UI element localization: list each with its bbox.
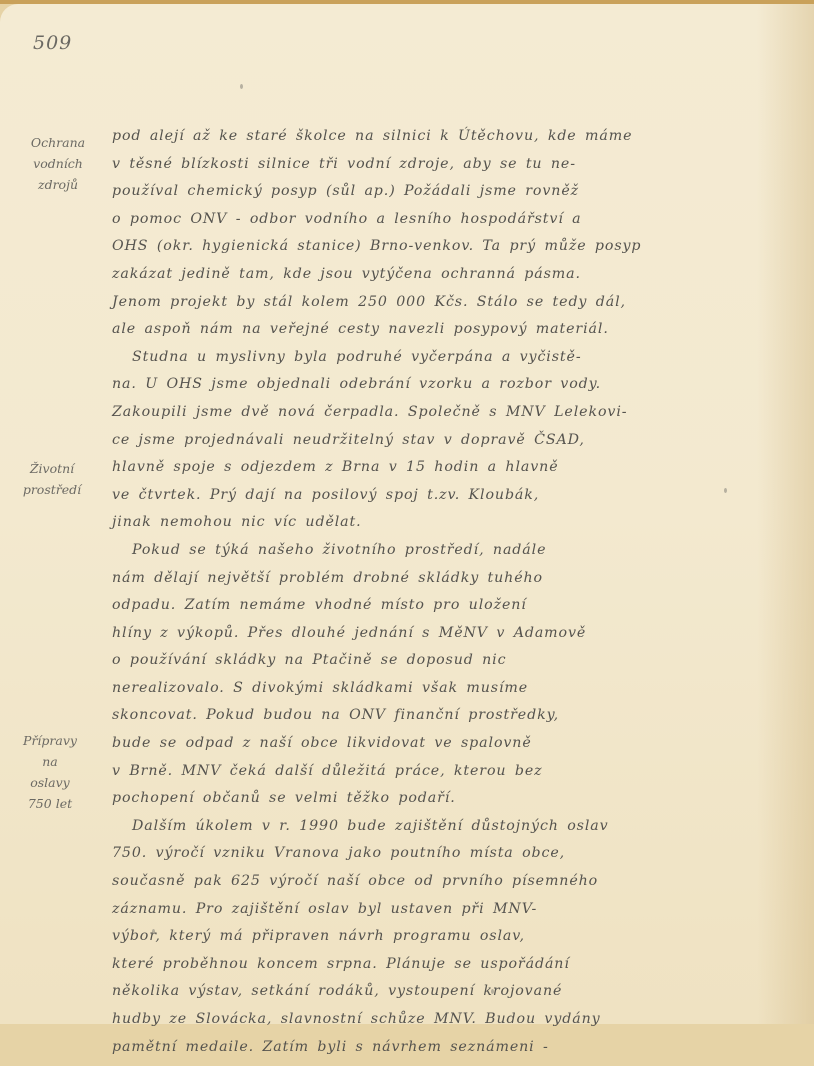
text-line: zakázat jedině tam, kde jsou vytýčena oc…: [112, 266, 712, 294]
margin-note-ochrana-vodnich-zdroju: Ochrana vodních zdrojů: [14, 132, 102, 195]
text-line: nerealizovalo. S divokými skládkami však…: [112, 680, 712, 708]
text-line: hlavně spoje s odjezdem z Brna v 15 hodi…: [112, 459, 712, 487]
text-line: Pokud se týká našeho životního prostředí…: [112, 542, 712, 570]
text-line: výbor, který má připraven návrh programu…: [112, 928, 712, 956]
text-line: pochopení občanů se velmi těžko podaří.: [112, 790, 712, 818]
page-number: 509: [33, 32, 72, 54]
text-line: o používání skládky na Ptačině se doposu…: [112, 652, 712, 680]
margin-note-line: na: [6, 751, 94, 772]
text-line: ce jsme projednávali neudržitelný stav v…: [112, 432, 712, 460]
margin-note-line: zdrojů: [14, 174, 102, 195]
handwritten-chronicle-page: 509 Ochrana vodních zdrojů Životní prost…: [0, 4, 814, 1024]
text-line: hlíny z výkopů. Přes dlouhé jednání s Mě…: [112, 625, 712, 653]
paper-speck: [240, 84, 243, 89]
text-line: bude se odpad z naší obce likvidovat ve …: [112, 735, 712, 763]
margin-note-line: oslavy: [6, 772, 94, 793]
text-line: současně pak 625 výročí naší obce od prv…: [112, 873, 712, 901]
margin-note-line: prostředí: [8, 479, 96, 500]
text-line: jinak nemohou nic víc udělat.: [112, 514, 712, 542]
paper-speck: [152, 929, 155, 934]
text-line: Studna u myslivny byla podruhé vyčerpána…: [112, 349, 712, 377]
margin-note-pripravy-oslav: Přípravy na oslavy 750 let: [6, 730, 94, 814]
text-line: ale aspoň nám na veřejné cesty navezli p…: [112, 321, 712, 349]
text-line: skoncovat. Pokud budou na ONV finanční p…: [112, 707, 712, 735]
body-text: pod alejí až ke staré školce na silnici …: [112, 128, 712, 1024]
text-line: Dalším úkolem v r. 1990 bude zajištění d…: [112, 818, 712, 846]
text-line: v Brně. MNV čeká další důležitá práce, k…: [112, 763, 712, 791]
text-line: Jenom projekt by stál kolem 250 000 Kčs.…: [112, 294, 712, 322]
text-line: ve čtvrtek. Prý dají na posilový spoj t.…: [112, 487, 712, 515]
text-line: OHS (okr. hygienická stanice) Brno-venko…: [112, 238, 712, 266]
margin-note-line: 750 let: [6, 793, 94, 814]
text-line: které proběhnou koncem srpna. Plánuje se…: [112, 956, 712, 984]
paper-speck: [724, 488, 727, 493]
text-line: na. U OHS jsme objednali odebrání vzorku…: [112, 376, 712, 404]
margin-note-zivotni-prostredi: Životní prostředí: [8, 458, 96, 500]
text-line: hudby ze Slovácka, slavnostní schůze MNV…: [112, 1011, 712, 1024]
text-line: Zakoupili jsme dvě nová čerpadla. Společ…: [112, 404, 712, 432]
text-line: několika výstav, setkání rodáků, vystoup…: [112, 983, 712, 1011]
text-line: používal chemický posyp (sůl ap.) Požáda…: [112, 183, 712, 211]
text-line: v těsné blízkosti silnice tři vodní zdro…: [112, 156, 712, 184]
margin-note-line: Ochrana: [14, 132, 102, 153]
margin-note-line: Přípravy: [6, 730, 94, 751]
text-line: odpadu. Zatím nemáme vhodné místo pro ul…: [112, 597, 712, 625]
paper-speck: [491, 989, 494, 994]
margin-note-line: vodních: [14, 153, 102, 174]
margin-note-line: Životní: [8, 458, 96, 479]
text-line: záznamu. Pro zajištění oslav byl ustaven…: [112, 901, 712, 929]
text-line: o pomoc ONV - odbor vodního a lesního ho…: [112, 211, 712, 239]
text-line: pod alejí až ke staré školce na silnici …: [112, 128, 712, 156]
text-line: nám dělají největší problém drobné sklád…: [112, 570, 712, 598]
text-line: 750. výročí vzniku Vranova jako poutního…: [112, 845, 712, 873]
